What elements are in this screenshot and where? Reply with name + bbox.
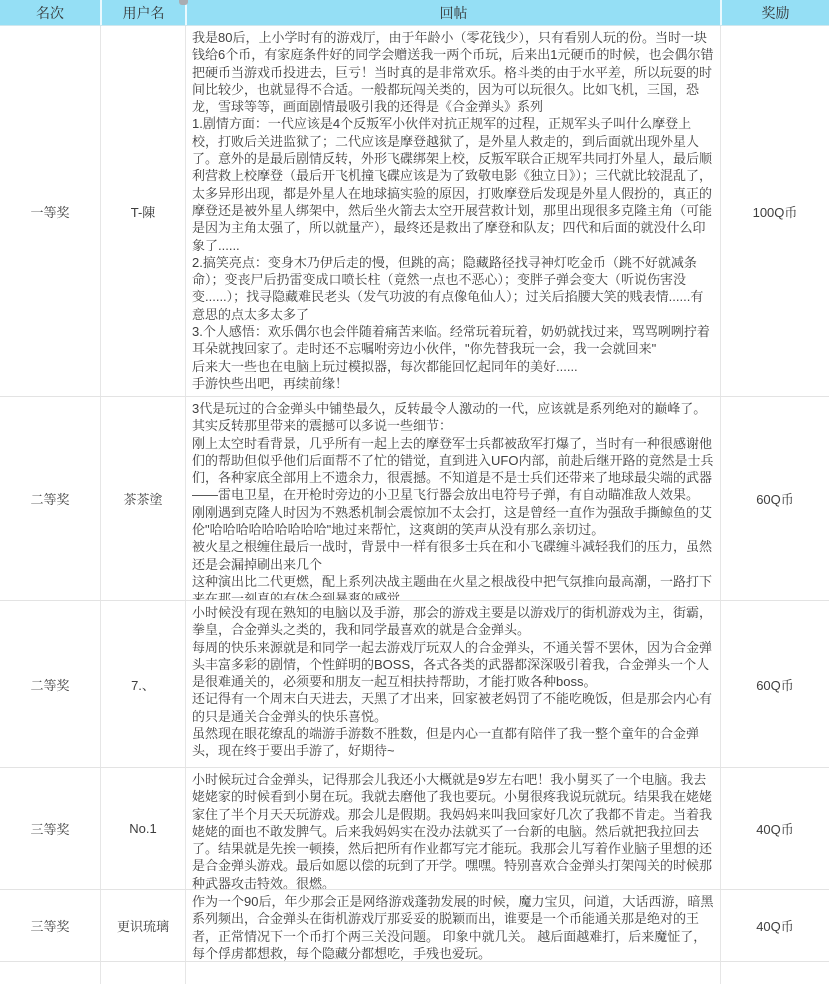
table-row: 三等奖 No.1 小时候玩过合金弹头，记得那会儿我还小大概就是9岁左右吧！我小舅…	[0, 768, 829, 890]
username-cell: 茶茶塗	[100, 397, 185, 600]
reward-cell: 40Q币	[720, 890, 829, 961]
table-row-empty	[0, 962, 829, 984]
username-cell: 更识琉璃	[100, 890, 185, 961]
rank-cell: 二等奖	[0, 397, 100, 600]
username-cell	[100, 962, 185, 984]
table-header-row: 名次 用户名 回帖 奖励	[0, 0, 829, 26]
reply-cell	[185, 962, 720, 984]
table-row: 三等奖 更识琉璃 作为一个90后，年少那会正是网络游戏蓬勃发展的时候，魔力宝贝，…	[0, 890, 829, 962]
header-reward: 奖励	[720, 0, 829, 25]
reward-cell	[720, 962, 829, 984]
rank-cell: 三等奖	[0, 890, 100, 961]
reply-cell: 我是80后，上小学时有的游戏厅，由于年龄小（零花钱少），只有看别人玩的份。当时一…	[185, 26, 720, 396]
rank-cell	[0, 962, 100, 984]
rank-cell: 三等奖	[0, 768, 100, 889]
reward-cell: 60Q币	[720, 397, 829, 600]
reply-cell: 作为一个90后，年少那会正是网络游戏蓬勃发展的时候，魔力宝贝，问道，大话西游，暗…	[185, 890, 720, 961]
reply-cell: 小时候玩过合金弹头，记得那会儿我还小大概就是9岁左右吧！我小舅买了一个电脑。我去…	[185, 768, 720, 889]
header-rank: 名次	[0, 0, 100, 25]
reply-cell: 小时候没有现在熟知的电脑以及手游，那会的游戏主要是以游戏厅的街机游戏为主，街霸，…	[185, 601, 720, 767]
reward-cell: 40Q币	[720, 768, 829, 889]
username-cell: 7.、	[100, 601, 185, 767]
winners-table: 名次 用户名 回帖 奖励 一等奖 T-陳 我是80后，上小学时有的游戏厅，由于年…	[0, 0, 829, 984]
reply-cell: 3代是玩过的合金弹头中铺垫最久，反转最令人激动的一代，应该就是系列绝对的巅峰了。…	[185, 397, 720, 600]
rank-cell: 一等奖	[0, 26, 100, 396]
header-username: 用户名	[100, 0, 185, 25]
prize-table-page: 名次 用户名 回帖 奖励 一等奖 T-陳 我是80后，上小学时有的游戏厅，由于年…	[0, 0, 829, 984]
reward-cell: 100Q币	[720, 26, 829, 396]
rank-cell: 二等奖	[0, 601, 100, 767]
header-reply: 回帖	[185, 0, 720, 25]
username-cell: No.1	[100, 768, 185, 889]
table-row: 一等奖 T-陳 我是80后，上小学时有的游戏厅，由于年龄小（零花钱少），只有看别…	[0, 26, 829, 397]
username-cell: T-陳	[100, 26, 185, 396]
column-divider-marker-icon	[179, 0, 188, 5]
reward-cell: 60Q币	[720, 601, 829, 767]
table-row: 二等奖 7.、 小时候没有现在熟知的电脑以及手游，那会的游戏主要是以游戏厅的街机…	[0, 601, 829, 768]
table-row: 二等奖 茶茶塗 3代是玩过的合金弹头中铺垫最久，反转最令人激动的一代，应该就是系…	[0, 397, 829, 601]
